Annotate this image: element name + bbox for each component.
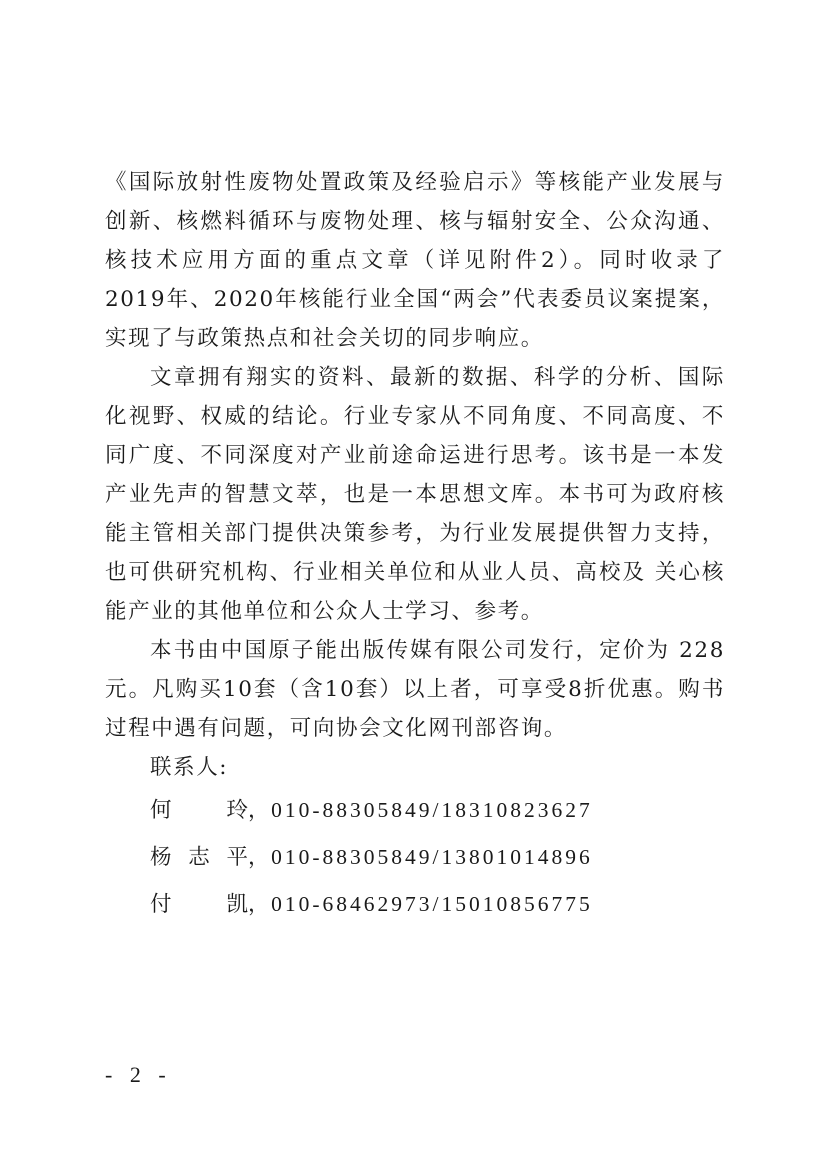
- contact-separator: ，: [248, 798, 271, 823]
- contact-row: 何玲，010-88305849/18310823627: [150, 787, 725, 834]
- contact-name: 何玲: [150, 788, 248, 834]
- contact-heading: 联系人:: [150, 748, 725, 787]
- document-body: 《国际放射性废物处置政策及经验启示》等核能产业发展与创新、核燃料循环与废物处理、…: [105, 163, 725, 928]
- contact-name: 付凯: [150, 882, 248, 928]
- contact-separator: ，: [248, 892, 271, 917]
- contact-phone: 010-88305849/18310823627: [271, 798, 593, 822]
- contact-phone: 010-88305849/13801014896: [271, 845, 593, 869]
- paragraph-featured-articles: 《国际放射性废物处置政策及经验启示》等核能产业发展与创新、核燃料循环与废物处理、…: [105, 163, 725, 358]
- contact-separator: ，: [248, 845, 271, 870]
- contact-list: 联系人: 何玲，010-88305849/18310823627 杨志平，010…: [105, 748, 725, 928]
- paragraph-book-description: 文章拥有翔实的资料、最新的数据、科学的分析、国际化视野、权威的结论。行业专家从不…: [105, 358, 725, 631]
- page-number: - 2 -: [105, 1062, 172, 1088]
- contact-row: 杨志平，010-88305849/13801014896: [150, 834, 725, 881]
- contact-phone: 010-68462973/15010856775: [271, 892, 593, 916]
- contact-name: 杨志平: [150, 835, 248, 881]
- contact-row: 付凯，010-68462973/15010856775: [150, 881, 725, 928]
- paragraph-pricing: 本书由中国原子能出版传媒有限公司发行，定价为 228 元。凡购买10套（含10套…: [105, 631, 725, 748]
